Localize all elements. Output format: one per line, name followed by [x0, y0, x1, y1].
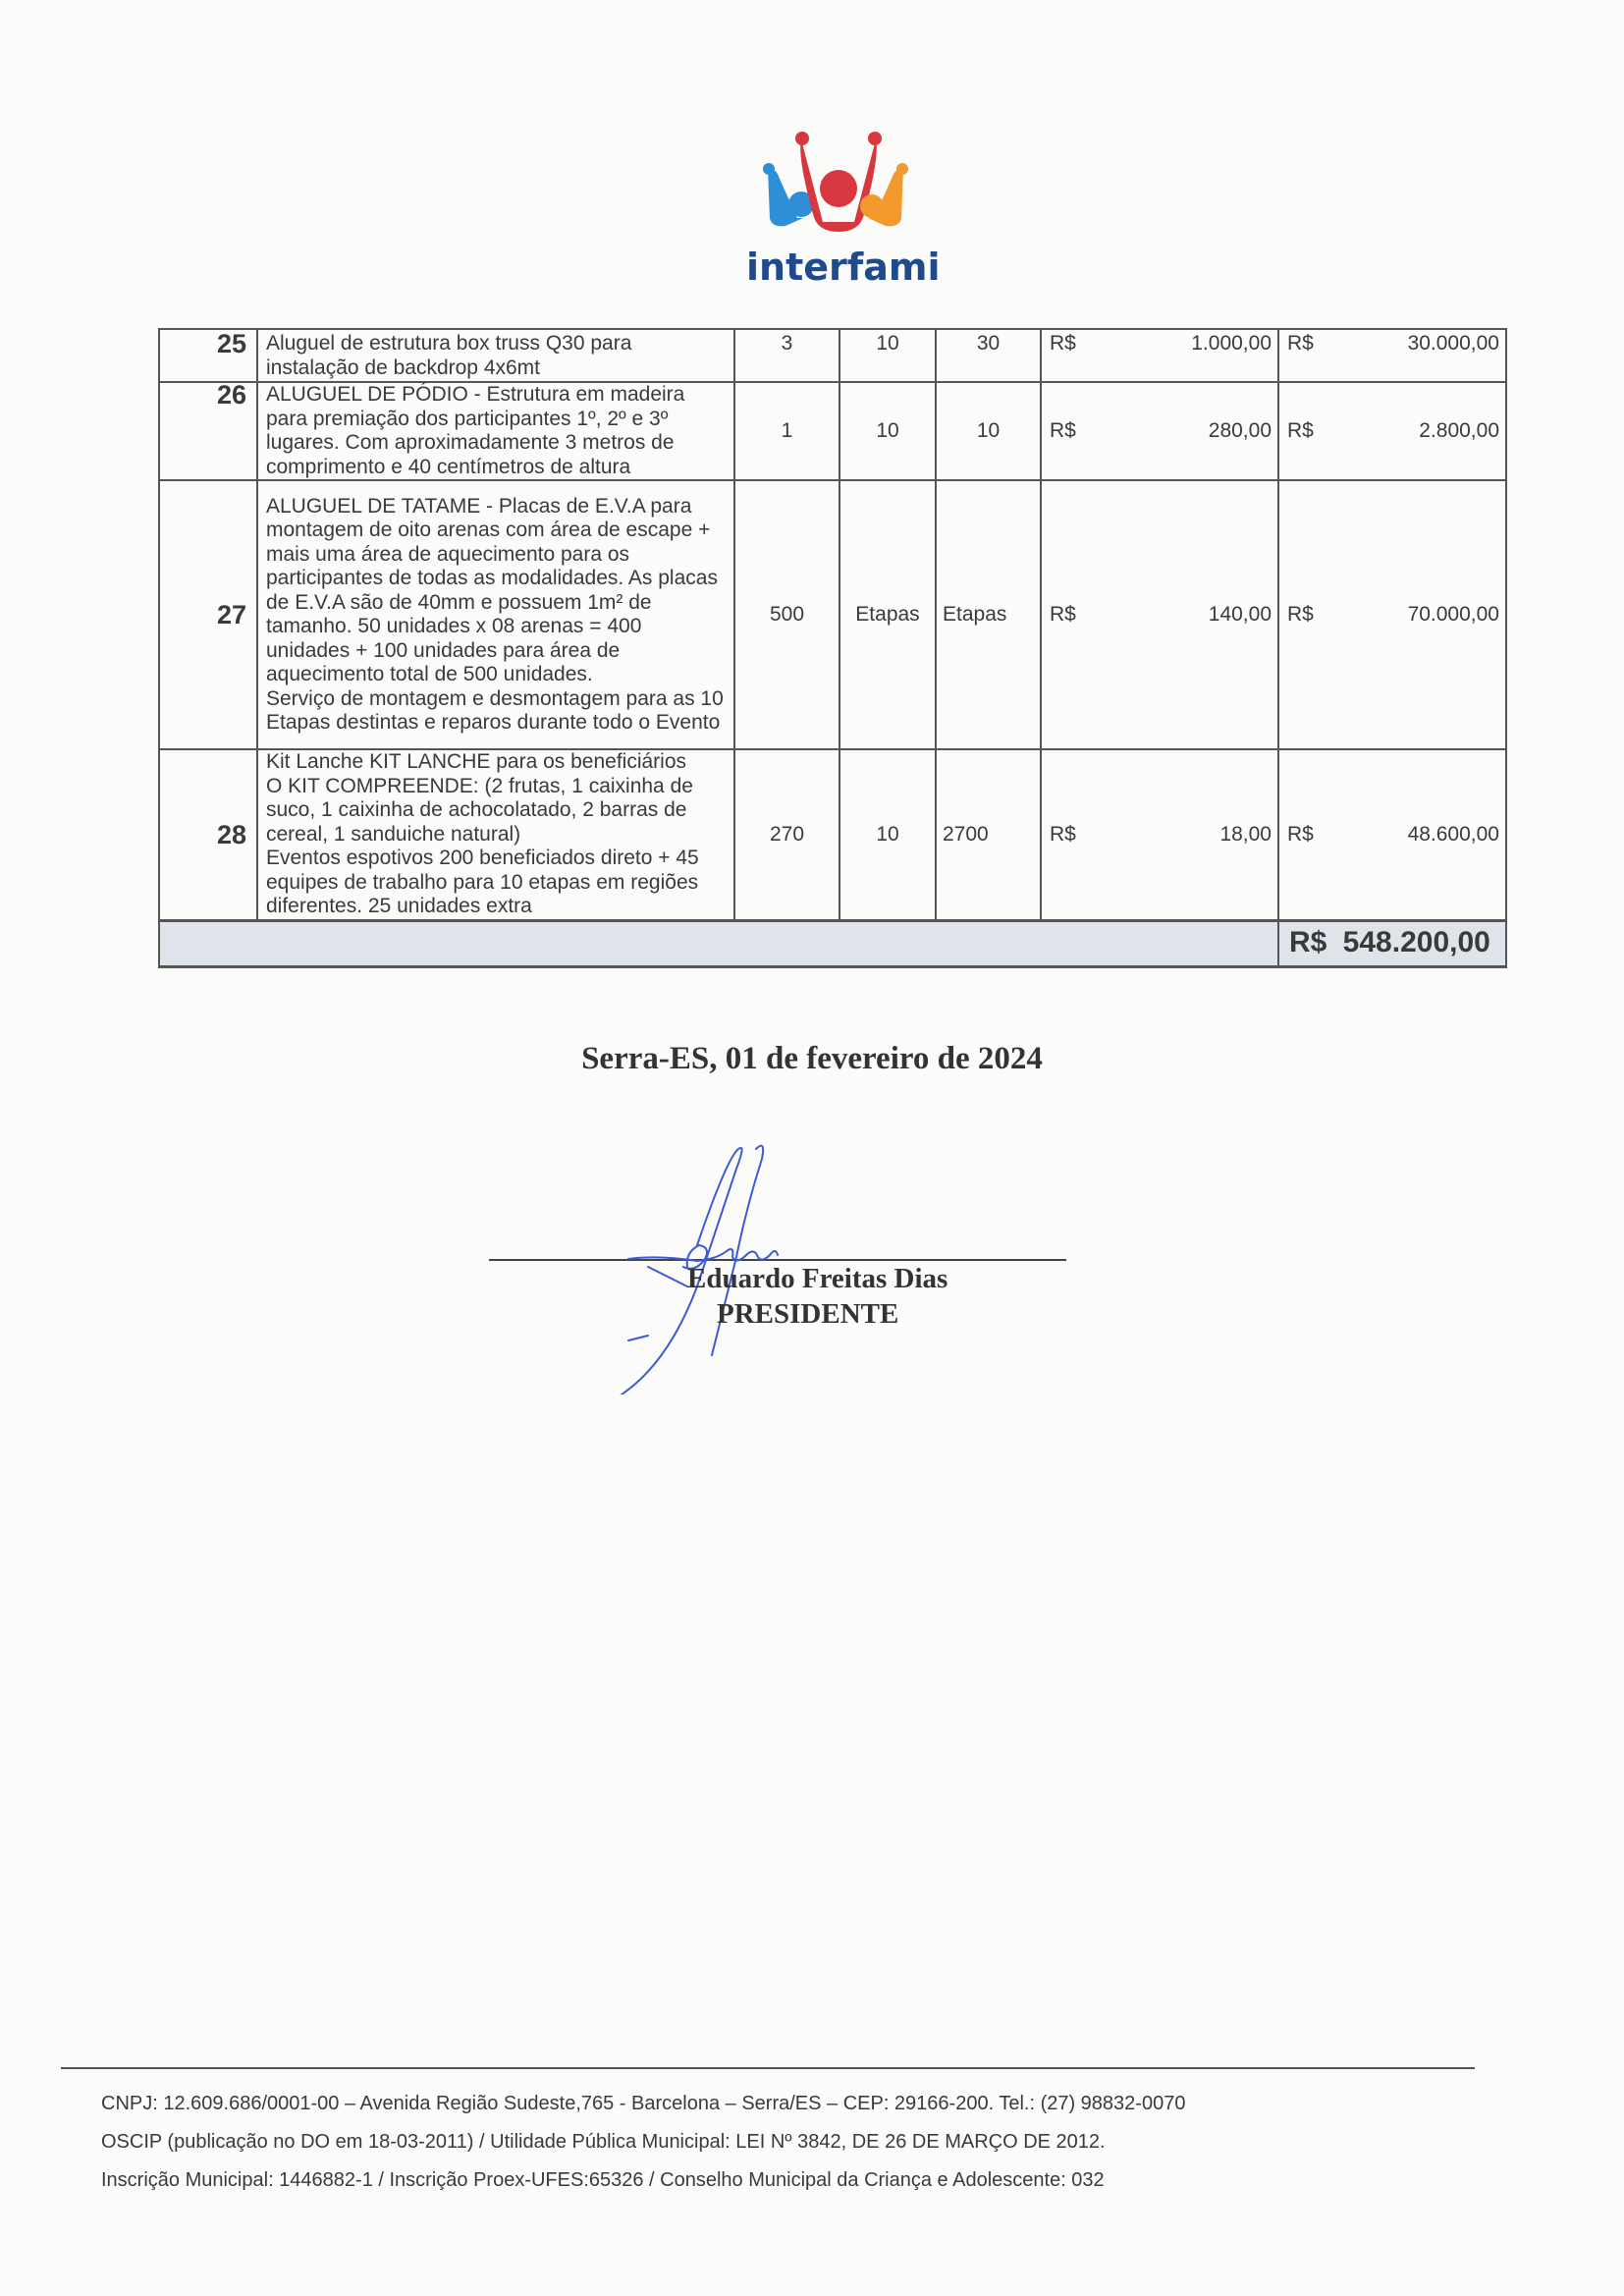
total-currency: R$: [1278, 480, 1329, 749]
table-row: 28 Kit Lanche KIT LANCHE para os benefic…: [159, 749, 1506, 920]
footer-line-oscip: OSCIP (publicação no DO em 18-03-2011) /…: [101, 2123, 1185, 2161]
item-col3: Etapas: [936, 480, 1041, 749]
item-col2: 10: [839, 382, 936, 480]
item-description: ALUGUEL DE TATAME - Placas de E.V.A para…: [257, 480, 734, 749]
interfami-logo: interfami: [746, 128, 923, 295]
item-description: ALUGUEL DE PÓDIO - Estrutura em madeira …: [257, 382, 734, 480]
logo-figures-icon: [746, 128, 923, 246]
unit-price: 18,00: [1100, 749, 1278, 920]
item-qty: 3: [734, 329, 839, 382]
item-col2: Etapas: [839, 480, 936, 749]
description-line: O KIT COMPREENDE: (2 frutas, 1 caixinha …: [266, 775, 726, 847]
grand-total: R$ 548.200,00: [1278, 920, 1506, 966]
unit-price: 140,00: [1100, 480, 1278, 749]
footer-divider: [61, 2067, 1475, 2069]
description-line: ALUGUEL DE TATAME - Placas de E.V.A para…: [266, 495, 726, 687]
grand-total-spacer: [159, 920, 1278, 966]
unit-currency: R$: [1041, 749, 1100, 920]
item-description: Kit Lanche KIT LANCHE para os beneficiár…: [257, 749, 734, 920]
unit-price: 280,00: [1100, 382, 1278, 480]
footer-line-cnpj: CNPJ: 12.609.686/0001-00 – Avenida Regiã…: [101, 2085, 1185, 2123]
item-qty: 500: [734, 480, 839, 749]
unit-currency: R$: [1041, 382, 1100, 480]
unit-currency: R$: [1041, 480, 1100, 749]
item-qty: 270: [734, 749, 839, 920]
table-row: 27 ALUGUEL DE TATAME - Placas de E.V.A p…: [159, 480, 1506, 749]
item-description: Aluguel de estrutura box truss Q30 para …: [257, 329, 734, 382]
place-date: Serra-ES, 01 de fevereiro de 2024: [0, 1041, 1624, 1077]
description-line: Eventos espotivos 200 beneficiados diret…: [266, 847, 726, 919]
item-col3: 10: [936, 382, 1041, 480]
handwritten-signature-icon: [589, 1129, 884, 1394]
item-number: 25: [159, 329, 257, 382]
signer-name: Eduardo Freitas Dias: [687, 1263, 947, 1295]
table-row: 26 ALUGUEL DE PÓDIO - Estrutura em madei…: [159, 382, 1506, 480]
item-number: 27: [159, 480, 257, 749]
item-number: 26: [159, 382, 257, 480]
item-col3: 2700: [936, 749, 1041, 920]
total-price: 70.000,00: [1329, 480, 1506, 749]
item-col2: 10: [839, 329, 936, 382]
total-currency: R$: [1278, 382, 1329, 480]
signer-role: PRESIDENTE: [717, 1298, 898, 1331]
description-line: Serviço de montagem e desmontagem para a…: [266, 687, 726, 736]
logo-text: interfami: [746, 246, 923, 289]
unit-currency: R$: [1041, 329, 1100, 382]
budget-table: 25 Aluguel de estrutura box truss Q30 pa…: [158, 328, 1507, 968]
item-qty: 1: [734, 382, 839, 480]
total-currency: R$: [1278, 329, 1329, 382]
total-price: 2.800,00: [1329, 382, 1506, 480]
total-price: 30.000,00: [1329, 329, 1506, 382]
table-row: 25 Aluguel de estrutura box truss Q30 pa…: [159, 329, 1506, 382]
footer-line-inscricao: Inscrição Municipal: 1446882-1 / Inscriç…: [101, 2161, 1185, 2200]
unit-price: 1.000,00: [1100, 329, 1278, 382]
total-currency: R$: [1278, 749, 1329, 920]
description-line: Kit Lanche KIT LANCHE para os beneficiár…: [266, 750, 726, 775]
footer: CNPJ: 12.609.686/0001-00 – Avenida Regiã…: [101, 2085, 1185, 2200]
total-price: 48.600,00: [1329, 749, 1506, 920]
item-number: 28: [159, 749, 257, 920]
grand-total-row: R$ 548.200,00: [159, 920, 1506, 966]
item-col2: 10: [839, 749, 936, 920]
item-col3: 30: [936, 329, 1041, 382]
